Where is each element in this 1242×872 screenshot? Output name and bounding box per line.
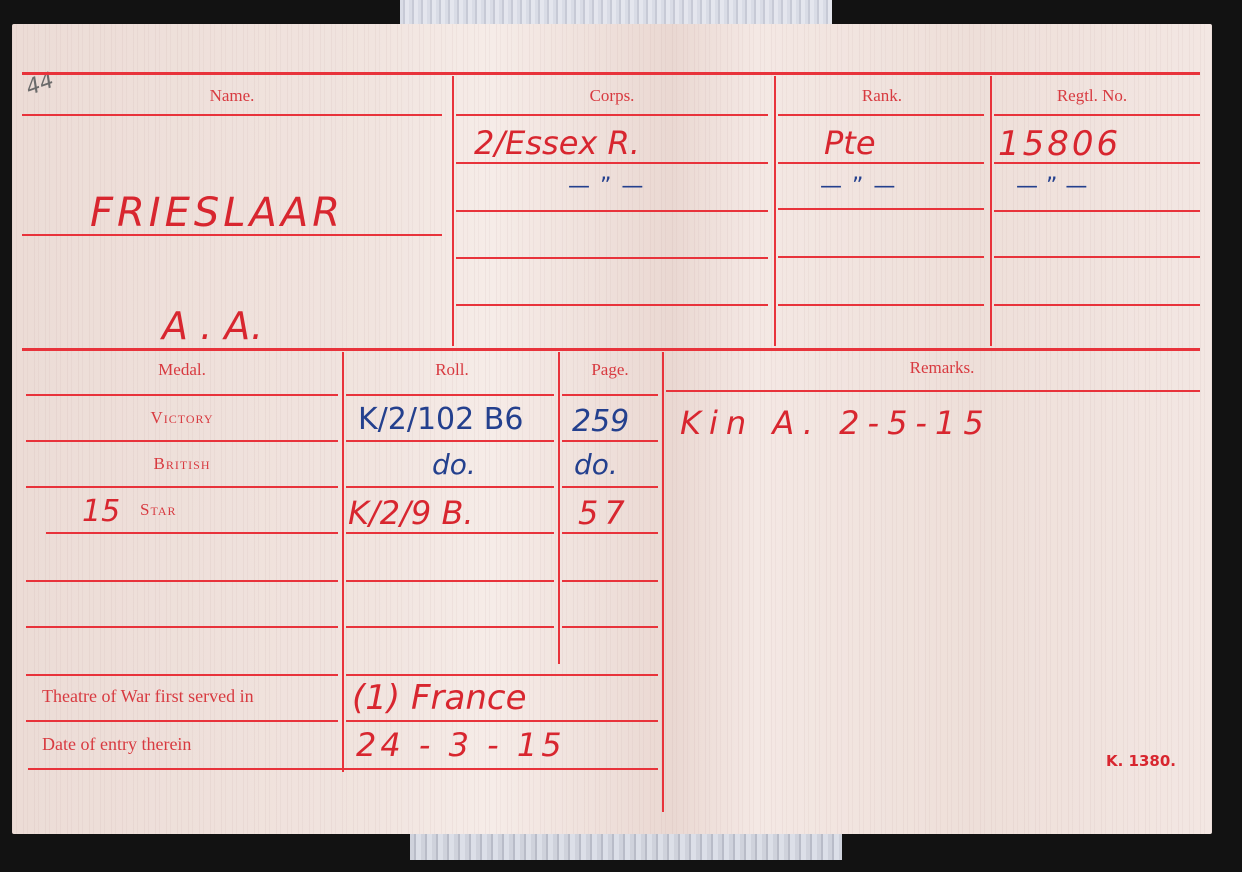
- medal-british: British: [82, 454, 282, 474]
- surname: FRIESLAAR: [90, 190, 344, 236]
- regt-no-entry-1: 15806: [998, 124, 1121, 164]
- page-star: 57: [578, 494, 631, 532]
- entry-date-value: 24 - 3 - 15: [356, 726, 566, 764]
- corps-entry-2: —”—: [568, 174, 653, 199]
- form-number: K. 1380.: [1106, 752, 1176, 770]
- rule-top: [22, 72, 1200, 75]
- scanner-strip-top: [400, 0, 832, 26]
- roll-british: do.: [432, 448, 476, 481]
- regt-no-entry-2: —”—: [1016, 174, 1095, 199]
- medal-index-card: 44 Name. Corps. Rank. Regtl. No. FRIESLA…: [12, 24, 1212, 834]
- remarks-entry: Kin A. 2-5-15: [680, 404, 992, 442]
- rank-entry-1: Pte: [824, 124, 876, 162]
- page-victory: 259: [572, 404, 629, 439]
- corps-label: Corps.: [512, 86, 712, 106]
- rule-middle: [22, 348, 1200, 351]
- rank-label: Rank.: [782, 86, 982, 106]
- initials: A . A.: [162, 304, 263, 348]
- medal-victory: Victory: [82, 408, 282, 428]
- scanner-strip-bottom: [410, 832, 842, 860]
- roll-star: K/2/9 B.: [348, 494, 474, 532]
- page-british: do.: [574, 448, 618, 481]
- theatre-value: (1) France: [352, 678, 527, 718]
- corps-entry-1: 2/Essex R.: [474, 124, 640, 162]
- medal-header: Medal.: [72, 360, 292, 380]
- star-prefix: 15: [82, 494, 120, 529]
- entry-date-label: Date of entry therein: [42, 734, 342, 755]
- medal-star: Star: [140, 500, 220, 520]
- name-label: Name.: [132, 86, 332, 106]
- roll-header: Roll.: [352, 360, 552, 380]
- regt-no-label: Regtl. No.: [992, 86, 1192, 106]
- theatre-label: Theatre of War first served in: [42, 686, 342, 707]
- roll-victory: K/2/102 B6: [358, 402, 523, 437]
- remarks-header: Remarks.: [792, 358, 1092, 378]
- rank-entry-2: —”—: [820, 174, 905, 199]
- page-header: Page.: [562, 360, 658, 380]
